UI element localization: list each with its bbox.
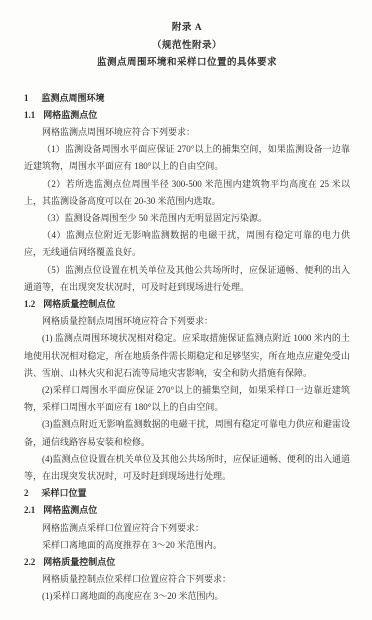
- section-heading: 1监测点周围环境: [24, 90, 350, 107]
- clause-intro-paragraph: 采样口离地面的高度推荐在 3～20 米范围内。: [24, 537, 350, 554]
- heading-text: 监测点周围环境: [42, 93, 105, 103]
- heading-number: 2.2: [24, 554, 35, 571]
- clause-intro-paragraph: 网格质量控制点位采样口位置应符合下列要求：: [24, 571, 350, 588]
- heading-number: 1.2: [24, 296, 35, 313]
- heading-text: 网格监测点位: [43, 505, 97, 515]
- clause-intro-paragraph: 网格质量控制点周围环境应符合下列要求：: [24, 313, 350, 330]
- clause-intro-paragraph: 网格监测点周围环境应符合下列要求：: [24, 124, 350, 141]
- appendix-heading: 监测点周围环境和采样口位置的具体要求: [24, 55, 350, 73]
- heading-text: 采样口位置: [42, 488, 87, 498]
- clause-item-paragraph: （5）监测点位设置在机关单位及其他公共场所时，应保证通畅、便利的出入通道等，在出…: [24, 262, 350, 296]
- clause-item-paragraph: (2)采样口周围水平面应保证 270°以上的捕集空间，如果采样口一边靠近建筑物，…: [24, 382, 350, 416]
- heading-number: 1: [24, 90, 29, 107]
- clause-item-paragraph: （4）监测点位附近无影响监测数据的电磁干扰，周围有稳定可靠的电力供应，无线通信网…: [24, 227, 350, 261]
- heading-number: 1.1: [24, 107, 35, 124]
- document-page: 附录 A （规范性附录） 监测点周围环境和采样口位置的具体要求 1监测点周围环境…: [0, 0, 372, 620]
- appendix-title: 附录 A: [24, 20, 350, 38]
- heading-number: 2.1: [24, 502, 35, 519]
- subsection-heading: 1.1网格监测点位: [24, 107, 350, 124]
- heading-number: 2: [24, 485, 29, 502]
- section-heading: 2采样口位置: [24, 485, 350, 502]
- heading-text: 网格监测点位: [43, 110, 97, 120]
- clause-intro-paragraph: 网格监测点采样口位置应符合下列要求：: [24, 520, 350, 537]
- clause-item-paragraph: (4)监测点位设置在机关单位及其他公共场所时，应保证通畅、便利的出入通道等，在出…: [24, 451, 350, 485]
- clause-item-paragraph: (3)监测点附近无影响监测数据的电磁干扰，周围有稳定可靠电力供应和避雷设备，通信…: [24, 416, 350, 450]
- document-body: 1监测点周围环境1.1网格监测点位网格监测点周围环境应符合下列要求：（1）监测设…: [24, 90, 350, 606]
- appendix-subtitle: （规范性附录）: [24, 38, 350, 56]
- appendix-header: 附录 A （规范性附录） 监测点周围环境和采样口位置的具体要求: [24, 20, 350, 73]
- subsection-heading: 1.2网格质量控制点位: [24, 296, 350, 313]
- clause-item-paragraph: （1）监测设备周围水平面应保证 270°以上的捕集空间，如果监测设备一边靠近建筑…: [24, 141, 350, 175]
- subsection-heading: 2.2网格质量控制点位: [24, 554, 350, 571]
- clause-item-paragraph: （2）若所选监测点位周围半径 300-500 米范围内建筑物平均高度在 25 米…: [24, 176, 350, 210]
- clause-item-paragraph: (1)采样口离地面的高度应在 3～20 米范围内。: [24, 588, 350, 605]
- subsection-heading: 2.1网格监测点位: [24, 502, 350, 519]
- clause-item-paragraph: （3）监测设备周围至少 50 米范围内无明显固定污染源。: [24, 210, 350, 227]
- heading-text: 网格质量控制点位: [43, 299, 115, 309]
- heading-text: 网格质量控制点位: [43, 557, 115, 567]
- clause-item-paragraph: (1) 监测点周围环境状况相对稳定。应采取措施保证监测点附近 1000 米内的土…: [24, 330, 350, 382]
